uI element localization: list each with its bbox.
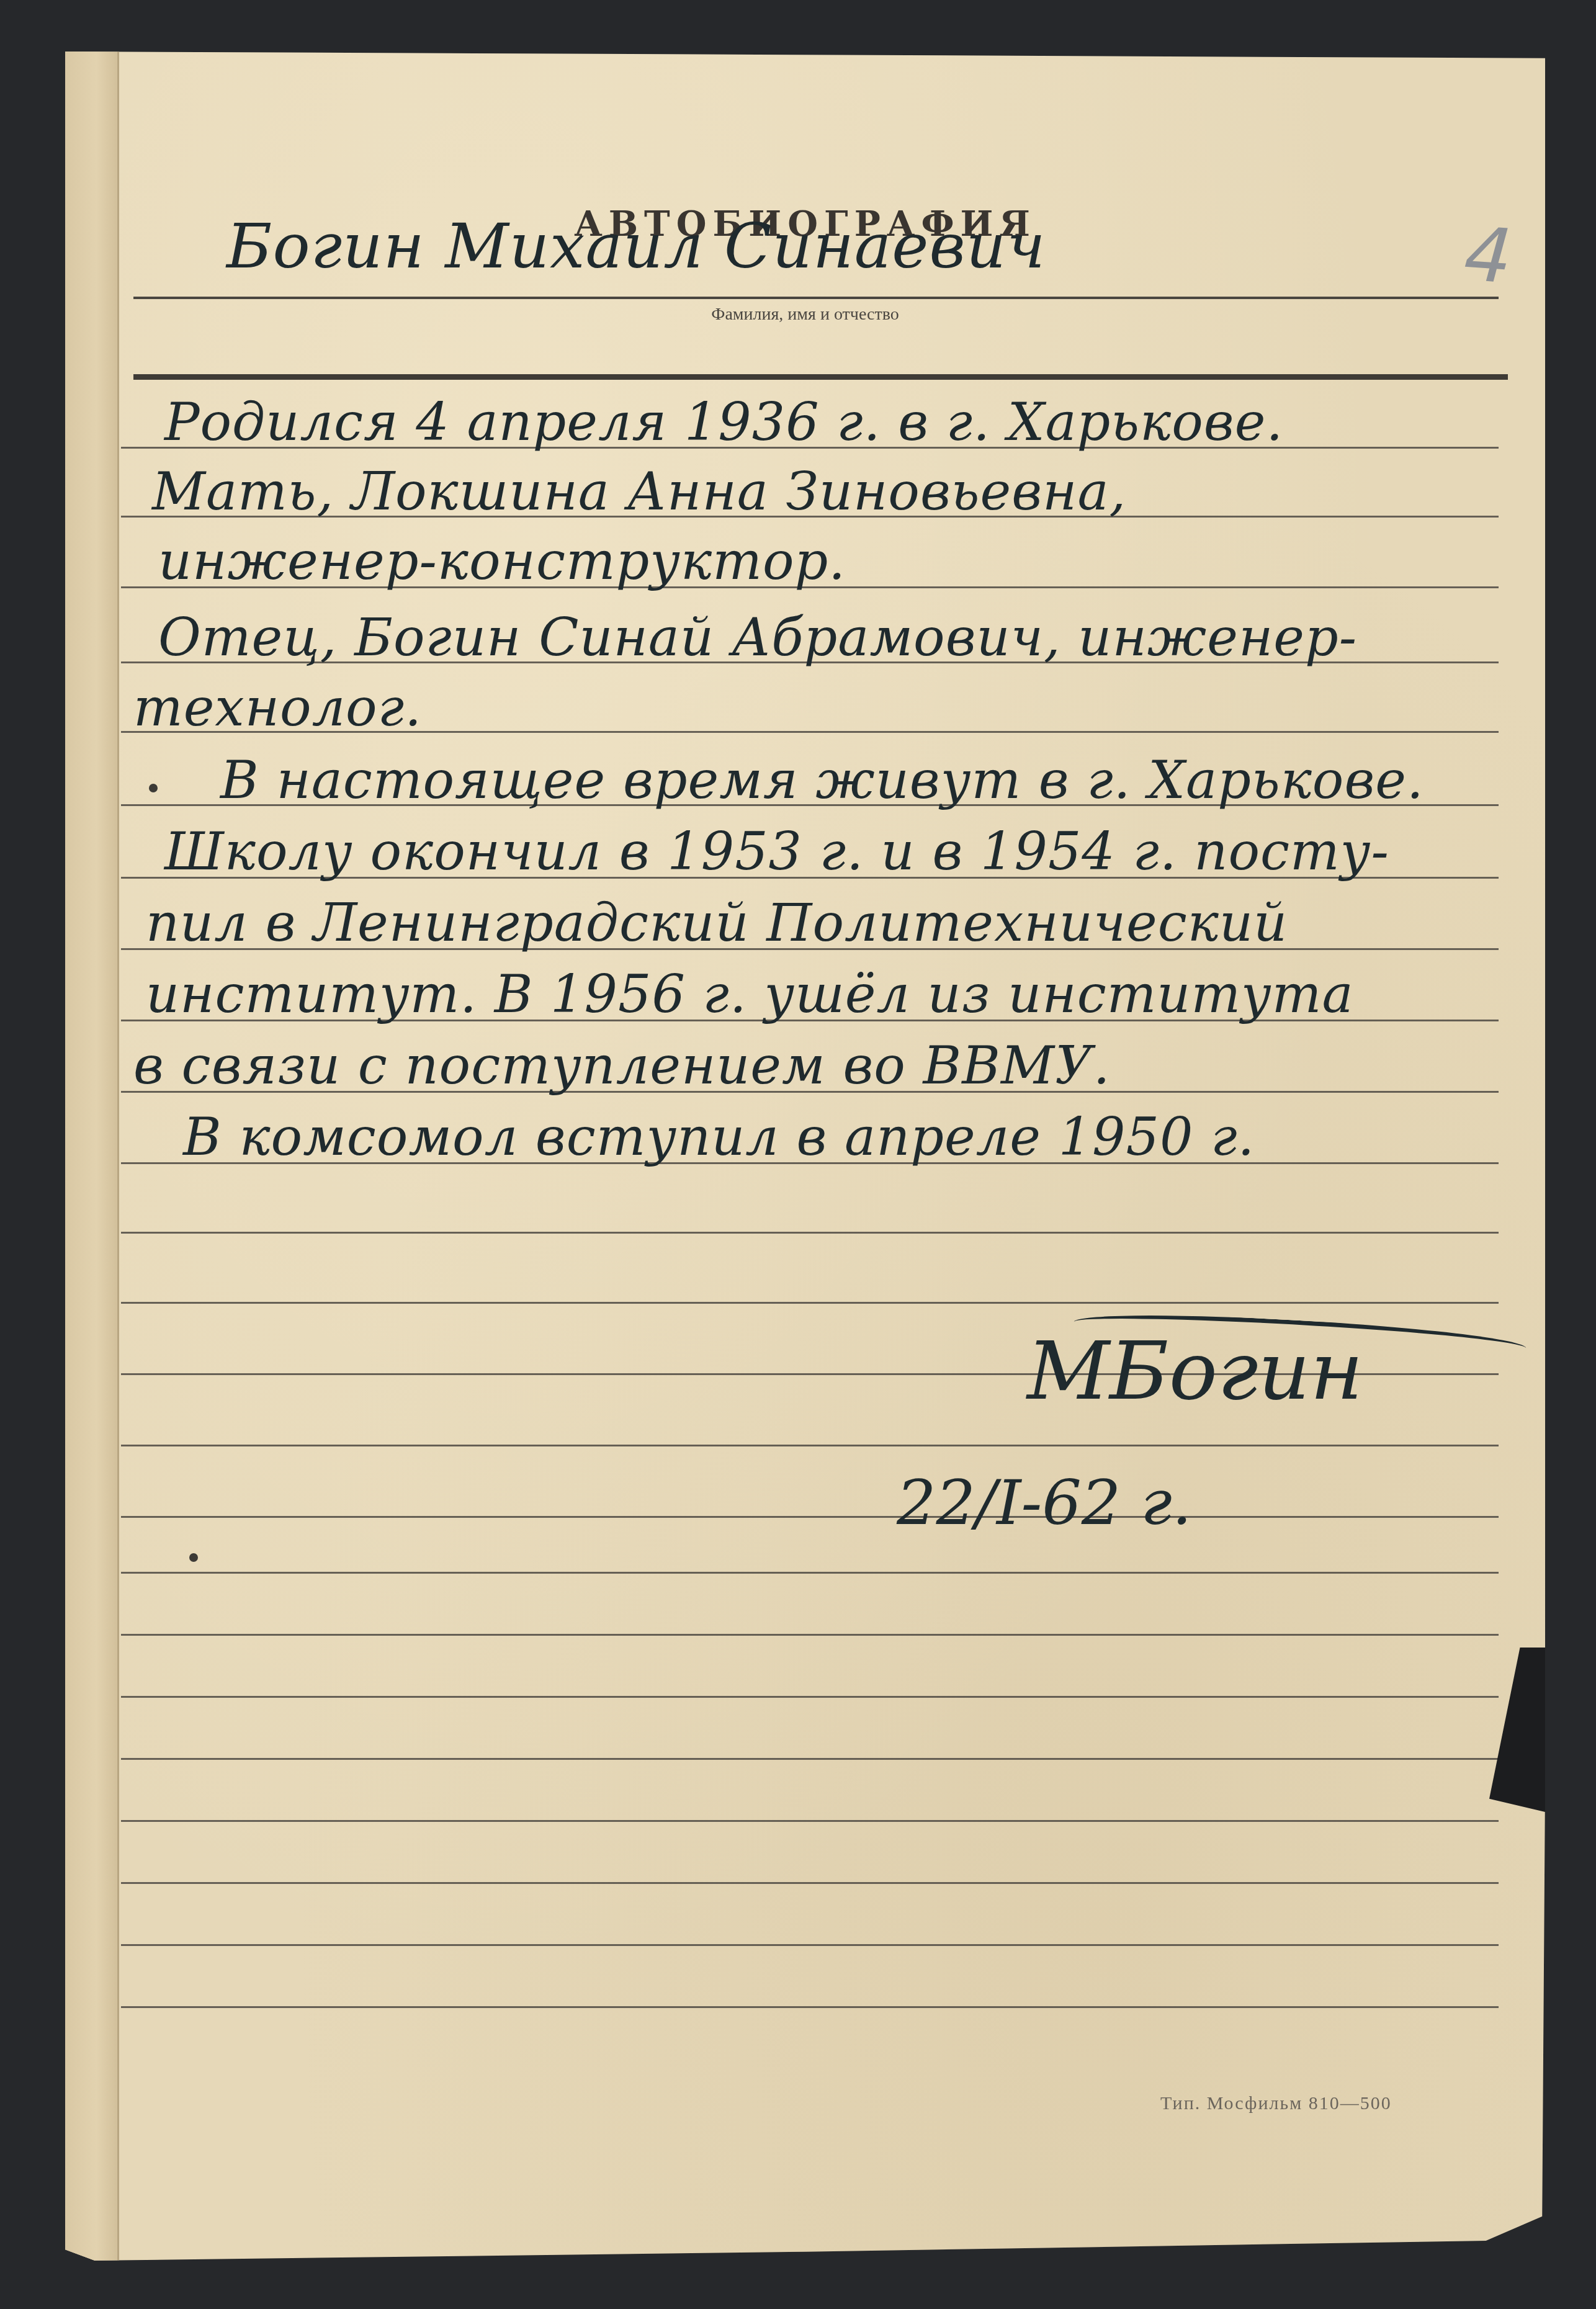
ruled-line (121, 1882, 1499, 1884)
pencil-page-number: 4 (1461, 212, 1515, 301)
ruled-line (121, 1634, 1499, 1636)
ruled-line (121, 1696, 1499, 1698)
body-line-9: институт. В 1956 г. ушёл из института (146, 964, 1354, 1024)
header-divider (133, 374, 1508, 380)
ruled-line (121, 1820, 1499, 1822)
full-name-handwritten: Богин Михаил Синаевич (226, 210, 1046, 282)
paper-puncture (189, 1553, 198, 1562)
body-line-3: инженер-конструктор. (158, 531, 846, 591)
body-line-8: пил в Ленинградский Политехнический (146, 892, 1288, 953)
autobiography-form-page: АВТОБИОГРАФИЯ Богин Михаил Синаевич Фами… (65, 52, 1545, 2261)
body-line-10: в связи с поступлением во ВВМУ. (133, 1035, 1110, 1096)
printer-imprint: Тип. Мосфильм 810—500 (1160, 2093, 1392, 2114)
ruled-line (121, 2006, 1499, 2008)
body-line-4: Отец, Богин Синай Абрамович, инженер- (158, 607, 1357, 668)
body-line-11: В комсомол вступил в апреле 1950 г. (183, 1106, 1255, 1167)
signature: МБогин (1027, 1324, 1363, 1418)
body-line-2: Мать, Локшина Анна Зиновьевна, (152, 461, 1126, 522)
ruled-line (121, 1516, 1499, 1518)
signed-date: 22/I-62 г. (897, 1466, 1192, 1539)
body-line-5: технолог. (133, 677, 422, 738)
ruled-line (121, 1232, 1499, 1234)
binding-fold-strip (65, 52, 119, 2261)
body-line-1: Родился 4 апреля 1936 г. в г. Харькове. (164, 392, 1283, 452)
ruled-line (121, 1302, 1499, 1304)
ruled-line (121, 1758, 1499, 1760)
paper-puncture (149, 784, 158, 792)
ruled-line (121, 1572, 1499, 1574)
body-line-7: Школу окончил в 1953 г. и в 1954 г. пост… (164, 821, 1389, 882)
ruled-line (121, 1445, 1499, 1446)
ruled-line (121, 1944, 1499, 1946)
name-underline (133, 297, 1499, 299)
name-field-caption: Фамилия, имя и отчество (65, 305, 1545, 325)
body-line-6: В настоящее время живут в г. Харькове. (220, 750, 1424, 810)
